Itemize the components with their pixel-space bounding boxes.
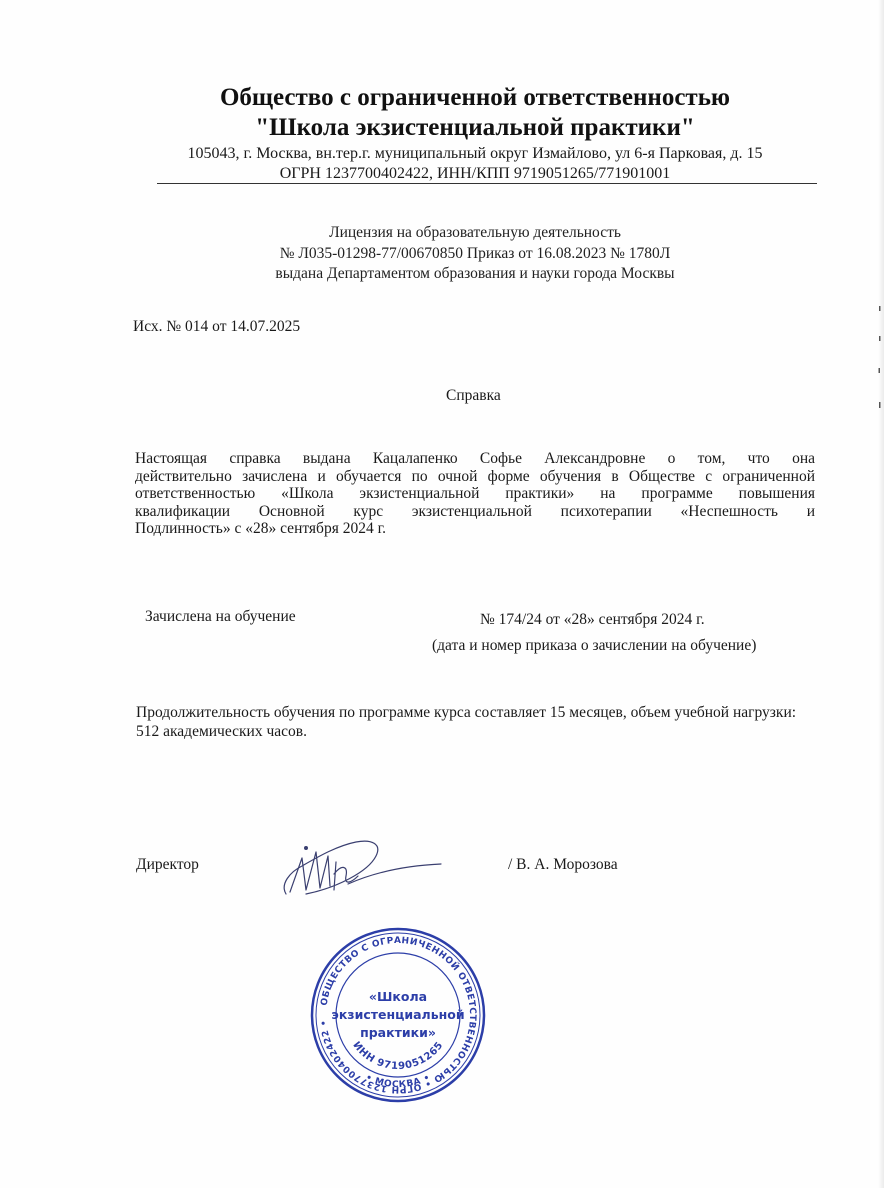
license-line3: выдана Департаментом образования и науки… — [0, 265, 884, 283]
body-line: Настоящая справка выдана Кацалапенко Соф… — [135, 450, 815, 468]
company-stamp: ОБЩЕСТВО С ОГРАНИЧЕННОЙ ОТВЕТСТВЕННОСТЬЮ… — [308, 925, 488, 1105]
org-name-line1: Общество с ограниченной ответственностью — [0, 84, 884, 112]
org-name-line2: "Школа экзистенциальной практики" — [0, 114, 884, 142]
certificate-body: Настоящая справка выдана Кацалапенко Соф… — [135, 450, 815, 538]
enrollment-label: Зачислена на обучение — [145, 608, 296, 626]
body-line: ответственностью «Школа экзистенциальной… — [135, 485, 815, 503]
signature-icon — [276, 836, 446, 902]
director-name: / В. А. Морозова — [508, 856, 618, 874]
license-line1: Лицензия на образовательную деятельность — [0, 224, 884, 242]
body-line: действительно зачислена и обучается по о… — [135, 468, 815, 486]
enrollment-caption: (дата и номер приказа о зачислении на об… — [432, 637, 756, 655]
body-line: квалификации Основной курс экзистенциаль… — [135, 503, 815, 521]
enrollment-order: № 174/24 от «28» сентября 2024 г. — [480, 611, 705, 629]
stamp-center-text: «Школа экзистенциальной практики» — [308, 925, 488, 1105]
scan-artifact-marks — [876, 300, 882, 420]
director-role: Директор — [136, 856, 199, 874]
header-divider — [157, 183, 817, 184]
license-line2: № Л035-01298-77/00670850 Приказ от 16.08… — [0, 245, 884, 263]
body-line: Подлинность» с «28» сентября 2024 г. — [135, 520, 815, 538]
stamp-line3: практики» — [308, 1025, 488, 1040]
org-address: 105043, г. Москва, вн.тер.г. муниципальн… — [0, 145, 884, 163]
stamp-line1: «Школа — [308, 989, 488, 1004]
duration-text: Продолжительность обучения по программе … — [136, 703, 821, 741]
org-registration: ОГРН 1237700402422, ИНН/КПП 9719051265/7… — [0, 165, 884, 183]
document-title: Справка — [446, 387, 501, 405]
outgoing-reference: Исх. № 014 от 14.07.2025 — [133, 318, 300, 336]
stamp-line2: экзистенциальной — [308, 1007, 488, 1022]
document-page: Общество с ограниченной ответственностью… — [0, 0, 884, 1188]
